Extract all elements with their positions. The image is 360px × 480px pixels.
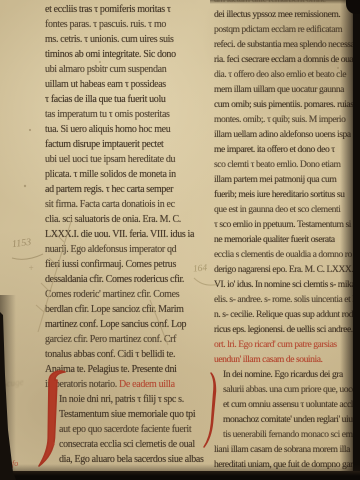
rubric-initial-left-i	[36, 368, 70, 470]
gutter-note-flourish	[192, 274, 222, 290]
margin-cross-mark: +	[28, 263, 34, 273]
manuscript-photo: et eccliis tras τ pomiferis moritas τfon…	[0, 0, 360, 480]
photo-edge-right-black	[353, 0, 360, 480]
photo-edge-top	[210, 0, 360, 4]
photo-edge-bottom-black	[0, 471, 360, 480]
photo-edge-left-black	[0, 0, 20, 480]
rubric-initial-right-i	[202, 371, 218, 449]
gutter-note-number: 164	[193, 263, 208, 274]
